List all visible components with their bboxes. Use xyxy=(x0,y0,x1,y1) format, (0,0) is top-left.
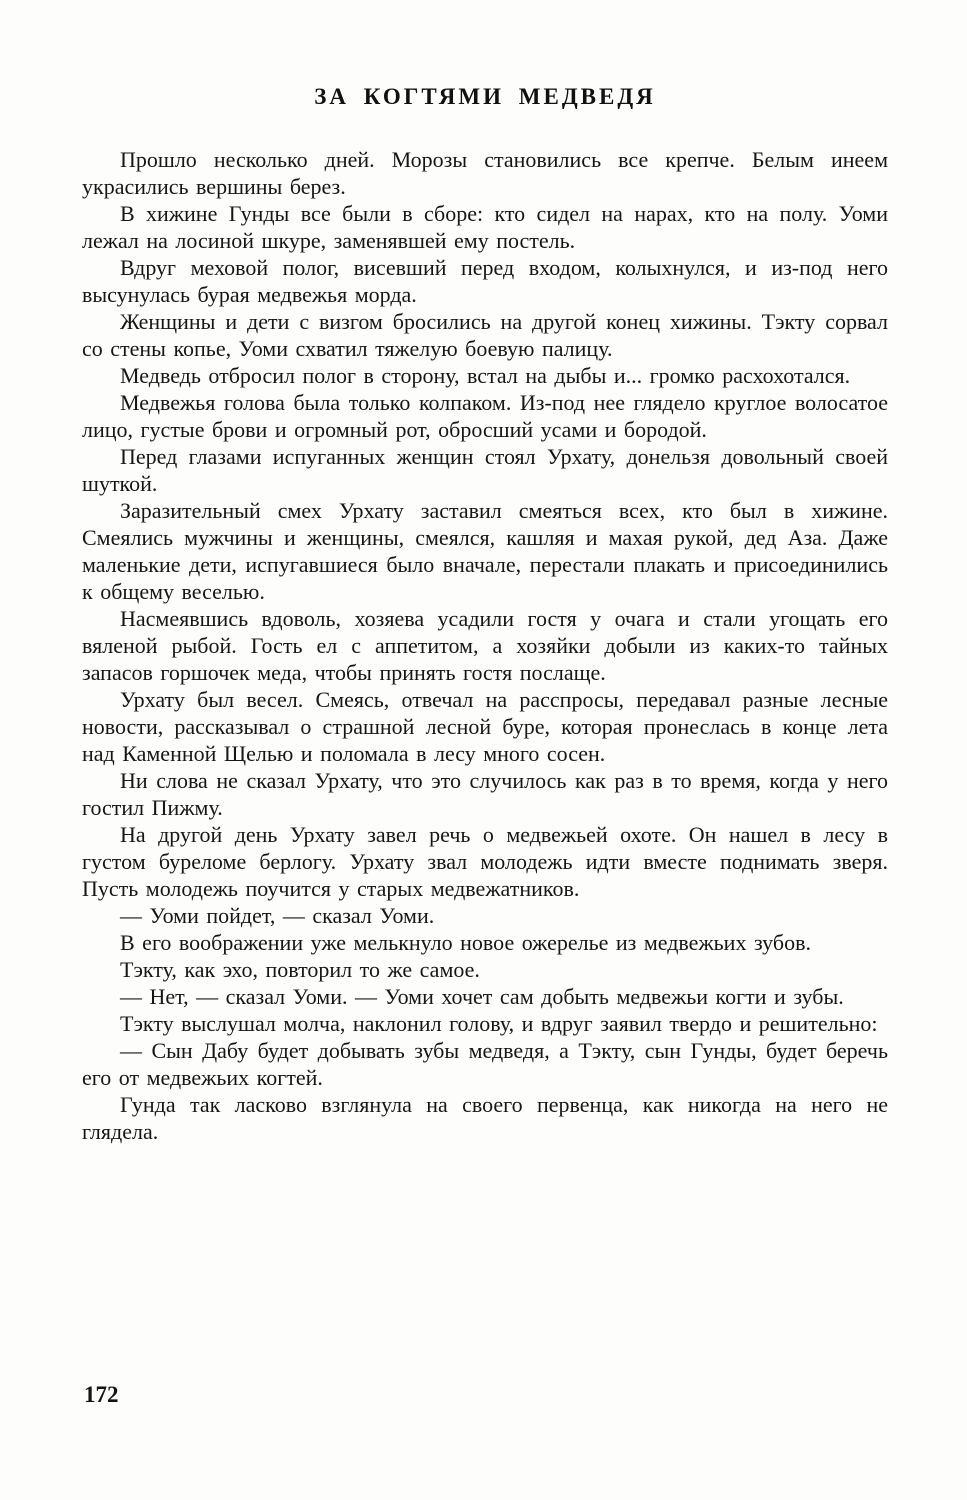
paragraph: Женщины и дети с визгом бросились на дру… xyxy=(82,308,888,362)
page-number: 172 xyxy=(84,1382,119,1408)
paragraph: Прошло несколько дней. Морозы становилис… xyxy=(82,146,888,200)
paragraph: Гунда так ласково взглянула на своего пе… xyxy=(82,1091,888,1145)
paragraph: В хижине Гунды все были в сборе: кто сид… xyxy=(82,200,888,254)
paragraph: Тэкту, как эхо, повторил то же самое. xyxy=(82,956,888,983)
book-page: ЗА КОГТЯМИ МЕДВЕДЯ Прошло несколько дней… xyxy=(0,0,967,1500)
paragraph: Ни слова не сказал Урхату, что это случи… xyxy=(82,767,888,821)
paragraph: Медвежья голова была только колпаком. Из… xyxy=(82,389,888,443)
chapter-title: ЗА КОГТЯМИ МЕДВЕДЯ xyxy=(82,84,888,110)
paragraph: — Сын Дабу будет добывать зубы медведя, … xyxy=(82,1037,888,1091)
text-block: ЗА КОГТЯМИ МЕДВЕДЯ Прошло несколько дней… xyxy=(82,84,888,1145)
paragraph: — Нет, — сказал Уоми. — Уоми хочет сам д… xyxy=(82,983,888,1010)
paragraph: Тэкту выслушал молча, наклонил голову, и… xyxy=(82,1010,888,1037)
paragraph: Заразительный смех Урхату заставил смеят… xyxy=(82,497,888,605)
paragraph: Медведь отбросил полог в сторону, встал … xyxy=(82,362,888,389)
paragraph: Вдруг меховой полог, висевший перед вход… xyxy=(82,254,888,308)
paragraph: — Уоми пойдет, — сказал Уоми. xyxy=(82,902,888,929)
paragraph: Насмеявшись вдоволь, хозяева усадили гос… xyxy=(82,605,888,686)
paragraph: На другой день Урхату завел речь о медве… xyxy=(82,821,888,902)
paragraph: В его воображении уже мелькнуло новое ож… xyxy=(82,929,888,956)
paragraph: Урхату был весел. Смеясь, отвечал на рас… xyxy=(82,686,888,767)
body-text: Прошло несколько дней. Морозы становилис… xyxy=(82,146,888,1145)
paragraph: Перед глазами испуганных женщин стоял Ур… xyxy=(82,443,888,497)
